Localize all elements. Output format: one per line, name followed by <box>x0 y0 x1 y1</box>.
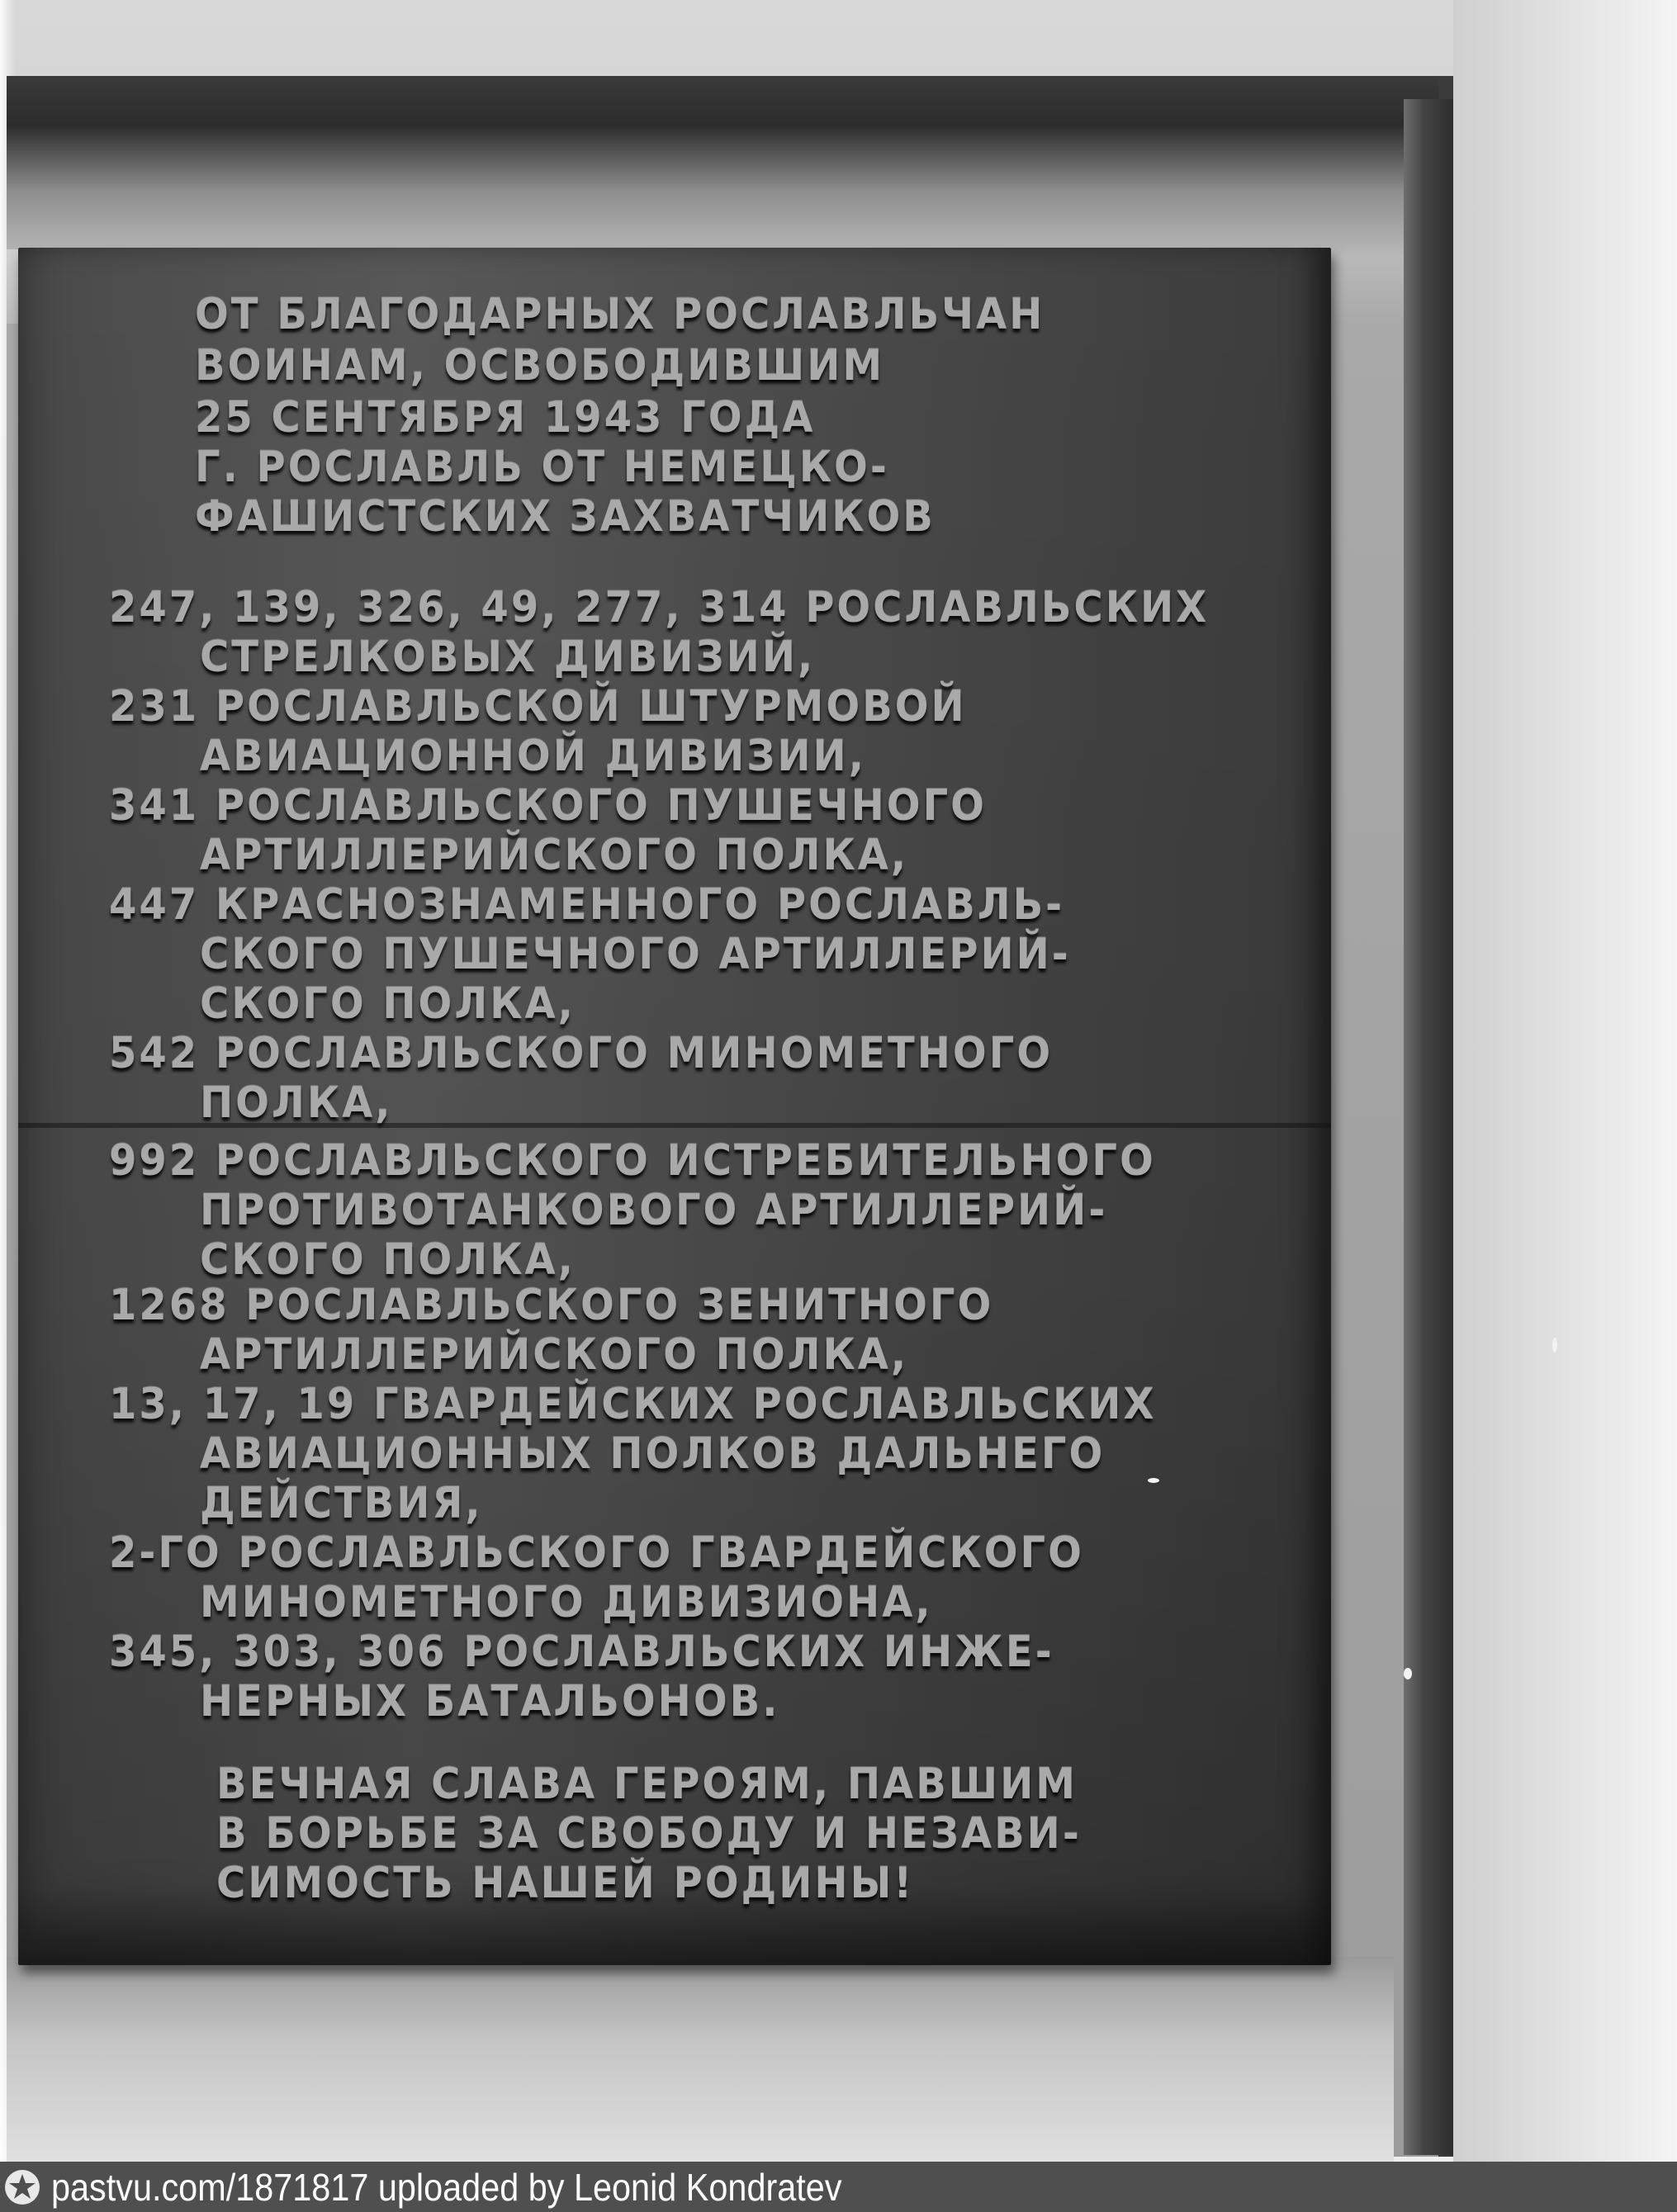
unit-line: действия, <box>200 1482 483 1525</box>
unit-line: 1268 рославльского зенитного <box>109 1284 993 1327</box>
unit-line: противотанкового артиллерий- <box>200 1189 1107 1232</box>
photo-speck <box>1404 1668 1412 1679</box>
plaque-heading-line: г. Рославль от немецко- <box>195 446 889 489</box>
unit-line: минометного дивизиона, <box>200 1581 933 1624</box>
memorial-plaque: От благодарных рославльчан воинам, освоб… <box>18 248 1331 1965</box>
unit-line: артиллерийского полка, <box>200 1333 908 1376</box>
photo-speck <box>1552 1338 1557 1352</box>
plaque-closing-line: в борьбе за свободу и незави- <box>216 1812 1082 1855</box>
caption-bar: pastvu.com/1871817 uploaded by Leonid Ko… <box>0 2162 1677 2212</box>
unit-line: 13, 17, 19 гвардейских рославльских <box>109 1383 1156 1426</box>
unit-line: стрелковых дивизий, <box>200 636 815 679</box>
unit-line: 231 рославльской штурмовой <box>109 685 967 728</box>
unit-line: нерных батальонов. <box>200 1680 779 1723</box>
photo-speck <box>1148 1478 1159 1483</box>
caption-link[interactable]: pastvu.com/1871817 uploaded by Leonid Ko… <box>51 2165 842 2210</box>
plaque-inscription: От благодарных рославльчан воинам, освоб… <box>18 248 1331 1965</box>
unit-line: ского полка, <box>200 983 576 1025</box>
plaque-heading-line: воинам, освободившим <box>195 344 884 387</box>
unit-line: авиационных полков дальнего <box>200 1433 1105 1475</box>
plaque-heading-line: фашистских захватчиков <box>195 495 936 538</box>
unit-line: 2-го рославльского гвардейского <box>109 1532 1084 1575</box>
unit-line: полка, <box>200 1082 392 1125</box>
plaque-closing-line: Вечная слава героям, павшим <box>216 1763 1078 1806</box>
unit-line: ского полка, <box>200 1239 576 1281</box>
unit-line: 992 рославльского истребительного <box>109 1139 1156 1182</box>
plaque-closing-line: симость нашей Родины! <box>216 1862 914 1905</box>
unit-line: 542 рославльского минометного <box>109 1032 1053 1075</box>
unit-line: 247, 139, 326, 49, 277, 314 рославльских <box>109 586 1209 629</box>
pastvu-star-logo-icon <box>5 2170 40 2205</box>
unit-line: артиллерийского полка, <box>200 834 908 877</box>
wall-right-section <box>1453 0 1677 2162</box>
unit-line: авиационной дивизии, <box>200 735 866 778</box>
unit-line: 447 краснознаменного рославль- <box>109 883 1064 926</box>
unit-line: 341 рославльского пушечного <box>109 784 987 827</box>
plaque-heading-line: 25 сентября 1943 года <box>195 396 815 439</box>
plaque-heading-line: От благодарных рославльчан <box>195 293 1045 336</box>
frame-right-edge <box>1404 99 1453 2155</box>
frame-bottom-ledge <box>7 1957 1394 2162</box>
unit-line: ского пушечного артиллерий- <box>200 933 1071 976</box>
unit-line: 345, 303, 306 рославльских инже- <box>109 1631 1054 1674</box>
